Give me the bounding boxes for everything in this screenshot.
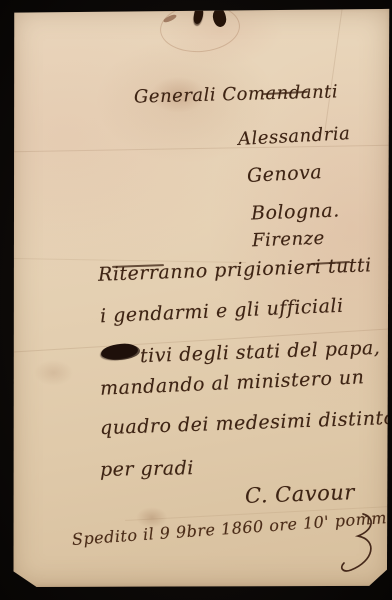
addressee-heading: Generali Comandanti — [134, 81, 339, 107]
paper-crease — [324, 5, 343, 136]
body-line-5: quadro dei medesimi distinto — [100, 407, 392, 439]
recipient-genova: Genova — [246, 161, 322, 187]
body-line-6: per gradi — [100, 457, 194, 481]
body-line-1: Riterranno prigionieri tutti — [98, 254, 372, 286]
paper-crease — [12, 145, 390, 153]
ink-stain-ring — [158, 1, 241, 54]
recipient-bologna: Bologna. — [251, 199, 340, 224]
body-line-2: i gendarmi e gli ufficiali — [100, 295, 344, 328]
signature-cavour: C. Cavour — [245, 480, 356, 508]
photo-background: Generali Comandanti Alessandria Genova B… — [0, 0, 392, 600]
pen-flourish-icon — [337, 511, 379, 577]
recipient-firenze: Firenze — [252, 228, 325, 252]
body-line-4: mandando al ministero un — [100, 366, 365, 400]
manuscript-paper: Generali Comandanti Alessandria Genova B… — [12, 8, 390, 587]
